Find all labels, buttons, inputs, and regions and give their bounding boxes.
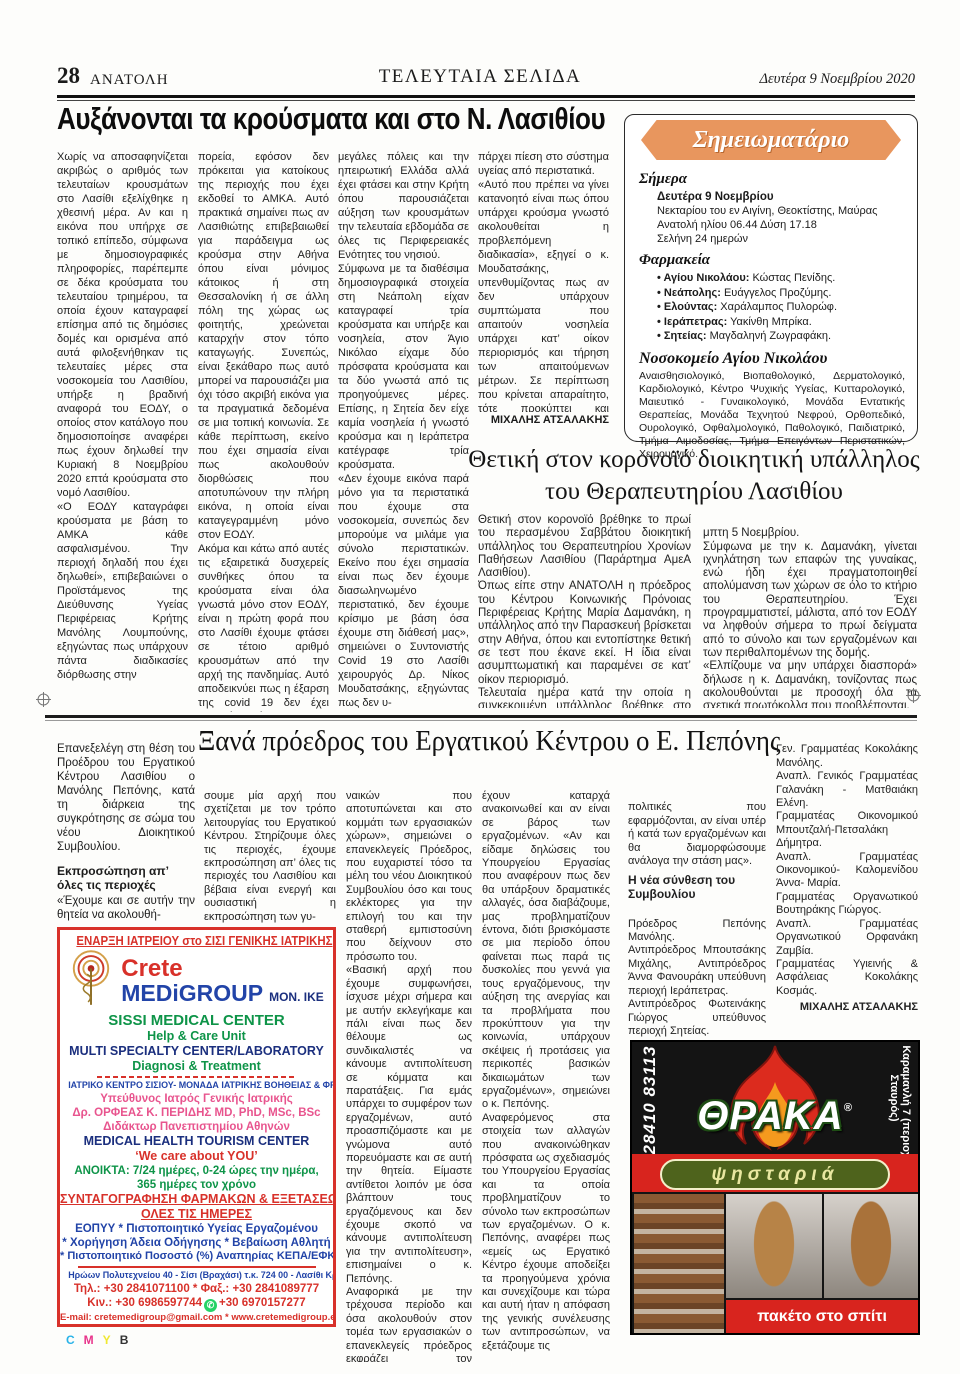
medigroup-divider-2 bbox=[78, 1266, 316, 1268]
notebook-content: Σήμερα Δευτέρα 9 Νοεμβρίου Νεκταρίου του… bbox=[639, 165, 905, 461]
ink-mark-black: B bbox=[120, 1333, 129, 1347]
ink-mark-magenta: M bbox=[84, 1333, 94, 1347]
hospital-heading: Νοσοκομείο Αγίου Νικολάου bbox=[639, 350, 905, 368]
pharmacy-name: Μαγδαληνή Ζωγραφάκη. bbox=[710, 330, 831, 342]
cmyb-ink-marks: CMYB bbox=[66, 1333, 137, 1347]
medigroup-brand-suffix: MON. IKE bbox=[269, 990, 324, 1004]
article1-headline: Αυξάνονται τα κρούσματα και στο Ν. Λασιθ… bbox=[57, 102, 645, 136]
medigroup-ad-header: ΕΝΑΡΞΗ ΙΑΤΡΕΙΟΥ στο ΣΙΣΙ ΓΕΝΙΚΗΣ ΙΑΤΡΙΚΗ… bbox=[76, 932, 316, 949]
medigroup-open-hours-1: ΑΝΟΙΚΤΑ: 7/24 ημέρες, 0-24 ώρες την ημέρ… bbox=[60, 1164, 333, 1178]
section-divider-thick bbox=[45, 715, 917, 718]
pharmacy-name: Κώστας Πενίδης. bbox=[752, 272, 835, 284]
registered-mark: ® bbox=[844, 1102, 853, 1114]
article3-intro-column: Επανεξελέγη στη θέση του Προέδρου του Ερ… bbox=[57, 742, 195, 922]
article3-column-6: Γεν. Γραμματέας Κοκολάκης Μανόλης. Αναπλ… bbox=[776, 730, 918, 1040]
medigroup-mobiles: Κιν.: +30 6986597744✆+30 6970157277 bbox=[60, 1296, 333, 1312]
notebook-today-date: Δευτέρα 9 Νοεμβρίου bbox=[657, 190, 905, 204]
article2-column-2: μπτη 5 Νοεμβρίου. Σύμφωνα με την κ. Δαμα… bbox=[703, 514, 917, 708]
pharmacy-name: Χαράλαμπος Πυλορώφ. bbox=[720, 301, 837, 313]
pharmacy-item: Σητείας: Μαγδαληνή Ζωγραφάκη. bbox=[657, 329, 905, 344]
medigroup-diagnosis: Diagnosi & Treatment bbox=[60, 1059, 333, 1074]
pharmacy-item: Νεάπολης: Ευάγγελος Προζύμης. bbox=[657, 286, 905, 301]
thraka-photo-skewers bbox=[634, 1194, 724, 1333]
medigroup-prescriptions-2: ΟΛΕΣ ΤΙΣ ΗΜΕΡΕΣ bbox=[60, 1207, 333, 1222]
pharmacy-area: Ιεράπετρας: bbox=[664, 316, 727, 328]
thraka-ad: 28410 83113 Κ. Καραμανλή 7 (περιοχή Σταυ… bbox=[630, 1040, 920, 1335]
thraka-photo-gyros-2 bbox=[824, 1194, 918, 1298]
header-rule-thick bbox=[57, 95, 915, 98]
article1-column-1: Χωρίς να αποσαφηνίζεται ακριβώς ο αριθμό… bbox=[57, 150, 188, 712]
article3-column-2: σουμε μία αρχή που σχετίζεται με τον τρό… bbox=[204, 790, 336, 924]
article3-column-4: έχουν καταρχά ανακοινωθεί και αν είναι σ… bbox=[482, 790, 610, 1362]
medigroup-service-3: * Πιστοποιητικό Ποσοστό (%) Αναπηρίας ΚΕ… bbox=[60, 1250, 333, 1263]
medigroup-doctor-name: Δρ. ΟΡΦΕΑΣ Κ. ΠΕΡΙΔΗΣ MD, PhD, MSc, BSc bbox=[60, 1106, 333, 1120]
medigroup-address: Ηρώων Πολυτεχνείου 40 - Σίσι (Βραχάσι) τ… bbox=[68, 1270, 325, 1282]
medigroup-logo-icon bbox=[69, 949, 113, 1014]
article1-byline: ΜΙΧΑΛΗΣ ΑΤΣΑΛΑΚΗΣ bbox=[478, 414, 609, 426]
thraka-brand: ΘΡΑΚΑ® bbox=[632, 1094, 918, 1139]
pharmacy-name: Ευάγγελος Προζύμης. bbox=[724, 287, 831, 299]
notebook-banner-label: Σημειωματάριο bbox=[693, 127, 850, 154]
medigroup-brand-crete: Crete bbox=[121, 957, 324, 981]
medigroup-care-unit: Help & Care Unit bbox=[60, 1029, 333, 1044]
notebook-box: Σημειωματάριο Σήμερα Δευτέρα 9 Νοεμβρίου… bbox=[624, 114, 918, 442]
notebook-moon: Σελήνη 24 ημερών bbox=[657, 232, 905, 246]
notebook-pharmacies-heading: Φαρμακεία bbox=[639, 252, 905, 269]
registration-mark-left bbox=[36, 692, 51, 712]
registration-mark-right bbox=[906, 688, 921, 708]
article3-board-list-a: Πρόεδρος Πεπόνης Μανόλης. Αντιπρόεδρος Μ… bbox=[628, 918, 766, 1037]
medigroup-service-1: ΕΟΠΥΥ * Πιστοποιητικό Υγείας Εργαζομένου bbox=[60, 1222, 333, 1236]
pharmacy-item: Ελούντας: Χαράλαμπος Πυλορώφ. bbox=[657, 300, 905, 315]
ink-mark-yellow: Y bbox=[103, 1333, 111, 1347]
page-number: 28 bbox=[57, 63, 80, 89]
article3-subhead-2: Η νέα σύνθεση του Συμβουλίου bbox=[628, 874, 766, 901]
medigroup-mobile-2: +30 6970157277 bbox=[219, 1297, 306, 1309]
newspaper-name: ΑΝΑΤΟΛΗ bbox=[90, 72, 169, 89]
pharmacies-list: Αγίου Νικολάου: Κώστας Πενίδης. Νεάπολης… bbox=[639, 271, 905, 344]
medigroup-slogan: ‘We care about YOU’ bbox=[60, 1149, 333, 1164]
article3-board-list-b: Γεν. Γραμματέας Κοκολάκης Μανόλης. Αναπλ… bbox=[776, 743, 918, 996]
pharmacy-area: Ελούντας: bbox=[664, 301, 717, 313]
pharmacy-item: Ιεράπετρας: Υακίνθη Μπρίκα. bbox=[657, 315, 905, 330]
notebook-banner-ribbon: Σημειωματάριο bbox=[641, 120, 901, 160]
whatsapp-icon: ✆ bbox=[204, 1299, 217, 1312]
section-divider-thin bbox=[45, 720, 917, 721]
notebook-sunrise-sunset: Ανατολή ηλίου 06.44 Δύση 17.18 bbox=[657, 218, 905, 232]
notebook-saints: Νεκταρίου του εν Αιγίνη, Θεοκτίστης, Μαύ… bbox=[657, 204, 905, 218]
medigroup-brand-name: MEDiGROUP MON. IKE bbox=[121, 981, 324, 1005]
newspaper-page: 28 ΑΝΑΤΟΛΗ ΤΕΛΕΥΤΑΙΑ ΣΕΛΙΔΑ Δευτέρα 9 Νο… bbox=[0, 0, 960, 1374]
article2-headline-line2: του Θεραπευτηρίου Λασιθίου bbox=[468, 478, 920, 506]
pharmacy-name: Υακίνθη Μπρίκα. bbox=[730, 316, 812, 328]
pharmacy-area: Νεάπολης: bbox=[664, 287, 721, 299]
medigroup-divider bbox=[97, 1076, 297, 1078]
medigroup-specialty: MULTI SPECIALTY CENTER/LABORATORY bbox=[60, 1044, 333, 1059]
article3-byline: ΜΙΧΑΛΗΣ ΑΤΣΑΛΑΚΗΣ bbox=[776, 1001, 918, 1014]
medigroup-ad: ΕΝΑΡΞΗ ΙΑΤΡΕΙΟΥ στο ΣΙΣΙ ΓΕΝΙΚΗΣ ΙΑΤΡΙΚΗ… bbox=[57, 927, 336, 1327]
medigroup-tourism-center: MEDICAL HEALTH TOURISM CENTER bbox=[60, 1134, 333, 1149]
pharmacy-area: Σητείας: bbox=[664, 330, 707, 342]
issue-date: Δευτέρα 9 Νοεμβρίου 2020 bbox=[759, 71, 915, 88]
article3-headline: Ξανά πρόεδρος του Εργατικού Κέντρου ο Ε.… bbox=[198, 726, 750, 758]
article1-column-4: πάρχει πίεση στο σύστημα υγείας από περι… bbox=[478, 150, 609, 412]
medigroup-prescriptions-1: ΣΥΝΤΑΓΟΓΡΑΦΗΣΗ ΦΑΡΜΑΚΩΝ & ΕΞΕΤΑΣΕΩΝ bbox=[60, 1192, 333, 1207]
article3-column-5-text: πολιτικές που εφαρμόζονται, αν είναι υπέ… bbox=[628, 801, 766, 867]
article1-column-2: πορεία, εφόσον δεν πρόκειται για κατοίκο… bbox=[198, 150, 329, 712]
article2-column-1: Θετική στον κορονοϊό βρέθηκε το πρωί του… bbox=[478, 514, 691, 708]
medigroup-doctor-role: Υπεύθυνος Ιατρός Γενικής Ιατρικής bbox=[60, 1092, 333, 1106]
medigroup-doctor-degree: Διδάκτωρ Πανεπιστημίου Αθηνών bbox=[60, 1120, 333, 1134]
section-title: ΤΕΛΕΥΤΑΙΑ ΣΕΛΙΔΑ bbox=[330, 66, 630, 88]
thraka-photo-gyros-1 bbox=[726, 1194, 822, 1298]
article1-column-3: μεγάλες πόλεις και την ηπειρωτική Ελλάδα… bbox=[338, 150, 469, 712]
article2-column-2-text: μπτη 5 Νοεμβρίου. Σύμφωνα με την κ. Δαμα… bbox=[703, 527, 917, 708]
pharmacy-area: Αγίου Νικολάου: bbox=[664, 272, 750, 284]
medigroup-center-name: SISSI MEDICAL CENTER bbox=[60, 1012, 333, 1029]
article3-intro-quote: «Έχουμε και σε αυτήν την θητεία να ακολο… bbox=[57, 894, 195, 922]
notebook-today-heading: Σήμερα bbox=[639, 171, 905, 188]
article3-column-3: ναικών που αποτυπώνεται και στο κομμάτι … bbox=[346, 790, 472, 1362]
article3-column-5: πολιτικές που εφαρμόζονται, αν είναι υπέ… bbox=[628, 788, 766, 1040]
article3-intro-text: Επανεξελέγη στη θέση του Προέδρου του Ερ… bbox=[57, 742, 195, 854]
thraka-delivery-label: πακέτο στο σπίτι bbox=[726, 1300, 918, 1333]
thraka-tagline-pill: ψησταριά bbox=[660, 1159, 890, 1190]
article3-subhead-1: Εκπροσώπηση απ’ όλες τις περιοχές bbox=[57, 864, 195, 892]
medigroup-service-2: * Χορήγηση Άδεια Οδήγησης * Βεβαίωση Αθλ… bbox=[60, 1236, 333, 1250]
medigroup-tel-fax: Τηλ.: +30 2841071100 * Φαξ.: +30 2841089… bbox=[60, 1282, 333, 1296]
medigroup-greek-center: ΙΑΤΡΙΚΟ ΚΕΝΤΡΟ ΣΙΣΙΟΥ- ΜΟΝΑΔΑ ΙΑΤΡΙΚΗΣ Β… bbox=[68, 1080, 325, 1092]
medigroup-email-web: E-mail: cretemedigroup@gmail.com * www.c… bbox=[60, 1312, 333, 1324]
medigroup-mobile-1: Κιν.: +30 6986597744 bbox=[87, 1297, 202, 1309]
medigroup-open-hours-2: 365 ημέρες τον χρόνο bbox=[60, 1178, 333, 1192]
pharmacy-item: Αγίου Νικολάου: Κώστας Πενίδης. bbox=[657, 271, 905, 286]
ink-mark-cyan: C bbox=[66, 1333, 75, 1347]
article2-headline-line1: Θετική στον κορονοϊό διοικητική υπάλληλο… bbox=[468, 446, 920, 474]
